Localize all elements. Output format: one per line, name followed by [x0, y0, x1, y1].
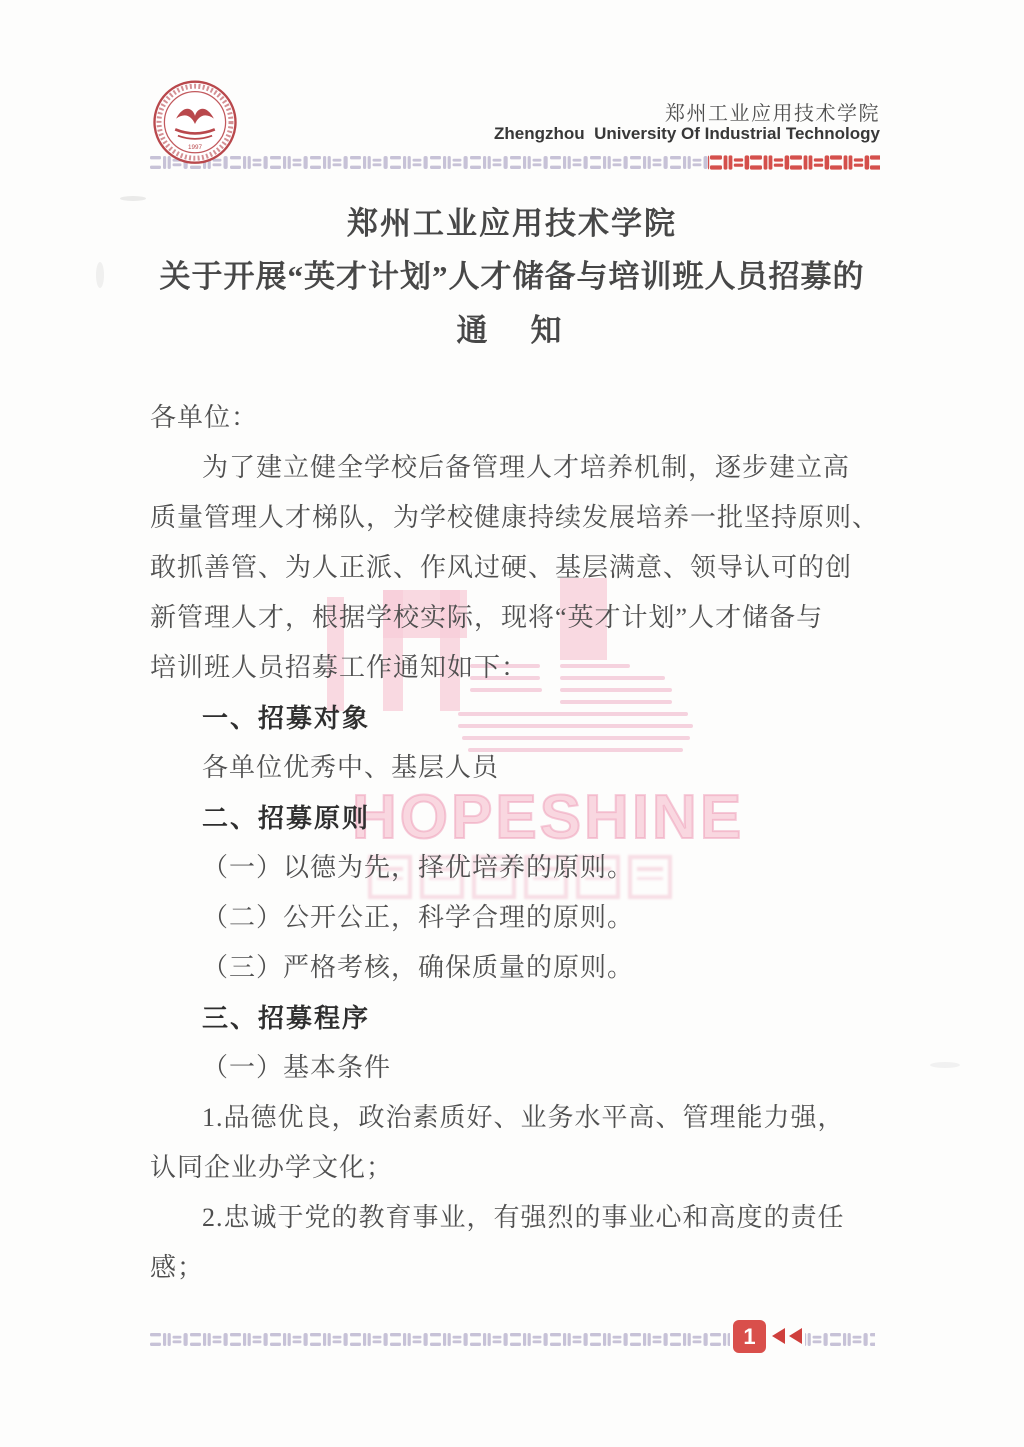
document-page: HOPESHINE 1997 郑州工业应用技术学院 Zhengzhou Univ… [0, 0, 1024, 1447]
page-marker-arrows-icon [770, 1326, 806, 1346]
header-org-name-en: Zhengzhou University Of Industrial Techn… [494, 124, 880, 144]
body-line: 新管理人才，根据学校实际，现将“英才计划”人才储备与 [150, 593, 882, 643]
top-border-ornament [150, 153, 880, 173]
body-line: 质量管理人才梯队，为学校健康持续发展培养一批坚持原则、 [150, 493, 882, 543]
body-line: 各单位优秀中、基层人员 [150, 743, 882, 793]
section-heading: 三、招募程序 [150, 993, 882, 1043]
body-line: 1.品德优良，政治素质好、业务水平高、管理能力强， [150, 1093, 882, 1143]
body-line: 感； [150, 1243, 882, 1293]
section-heading: 一、招募对象 [150, 693, 882, 743]
body-line: （二）公开公正，科学合理的原则。 [150, 893, 882, 943]
body-line: 2.忠诚于党的教育事业，有强烈的事业心和高度的责任 [150, 1193, 882, 1243]
body-line: 各单位： [150, 393, 882, 443]
section-heading: 二、招募原则 [150, 793, 882, 843]
document-title-line3: 通 知 [0, 305, 1024, 350]
document-body: 各单位：为了建立健全学校后备管理人才培养机制，逐步建立高质量管理人才梯队，为学校… [150, 393, 882, 1293]
body-line: 敢抓善管、为人正派、作风过硬、基层满意、领导认可的创 [150, 543, 882, 593]
document-title-line2: 关于开展“英才计划”人才储备与培训班人员招募的 [0, 251, 1024, 296]
header-org-name-cn: 郑州工业应用技术学院 [665, 97, 880, 126]
svg-text:1997: 1997 [188, 144, 203, 151]
body-line: 为了建立健全学校后备管理人才培养机制，逐步建立高 [150, 443, 882, 493]
body-line: （三）严格考核，确保质量的原则。 [150, 943, 882, 993]
body-line: 认同企业办学文化； [150, 1143, 882, 1193]
university-seal-logo: 1997 [150, 78, 240, 170]
body-line: （一）基本条件 [150, 1043, 882, 1093]
document-title-line1: 郑州工业应用技术学院 [0, 198, 1024, 243]
body-line: （一）以德为先，择优培养的原则。 [150, 843, 882, 893]
page-number-badge: 1 [733, 1320, 766, 1353]
body-line: 培训班人员招募工作通知如下： [150, 643, 882, 693]
